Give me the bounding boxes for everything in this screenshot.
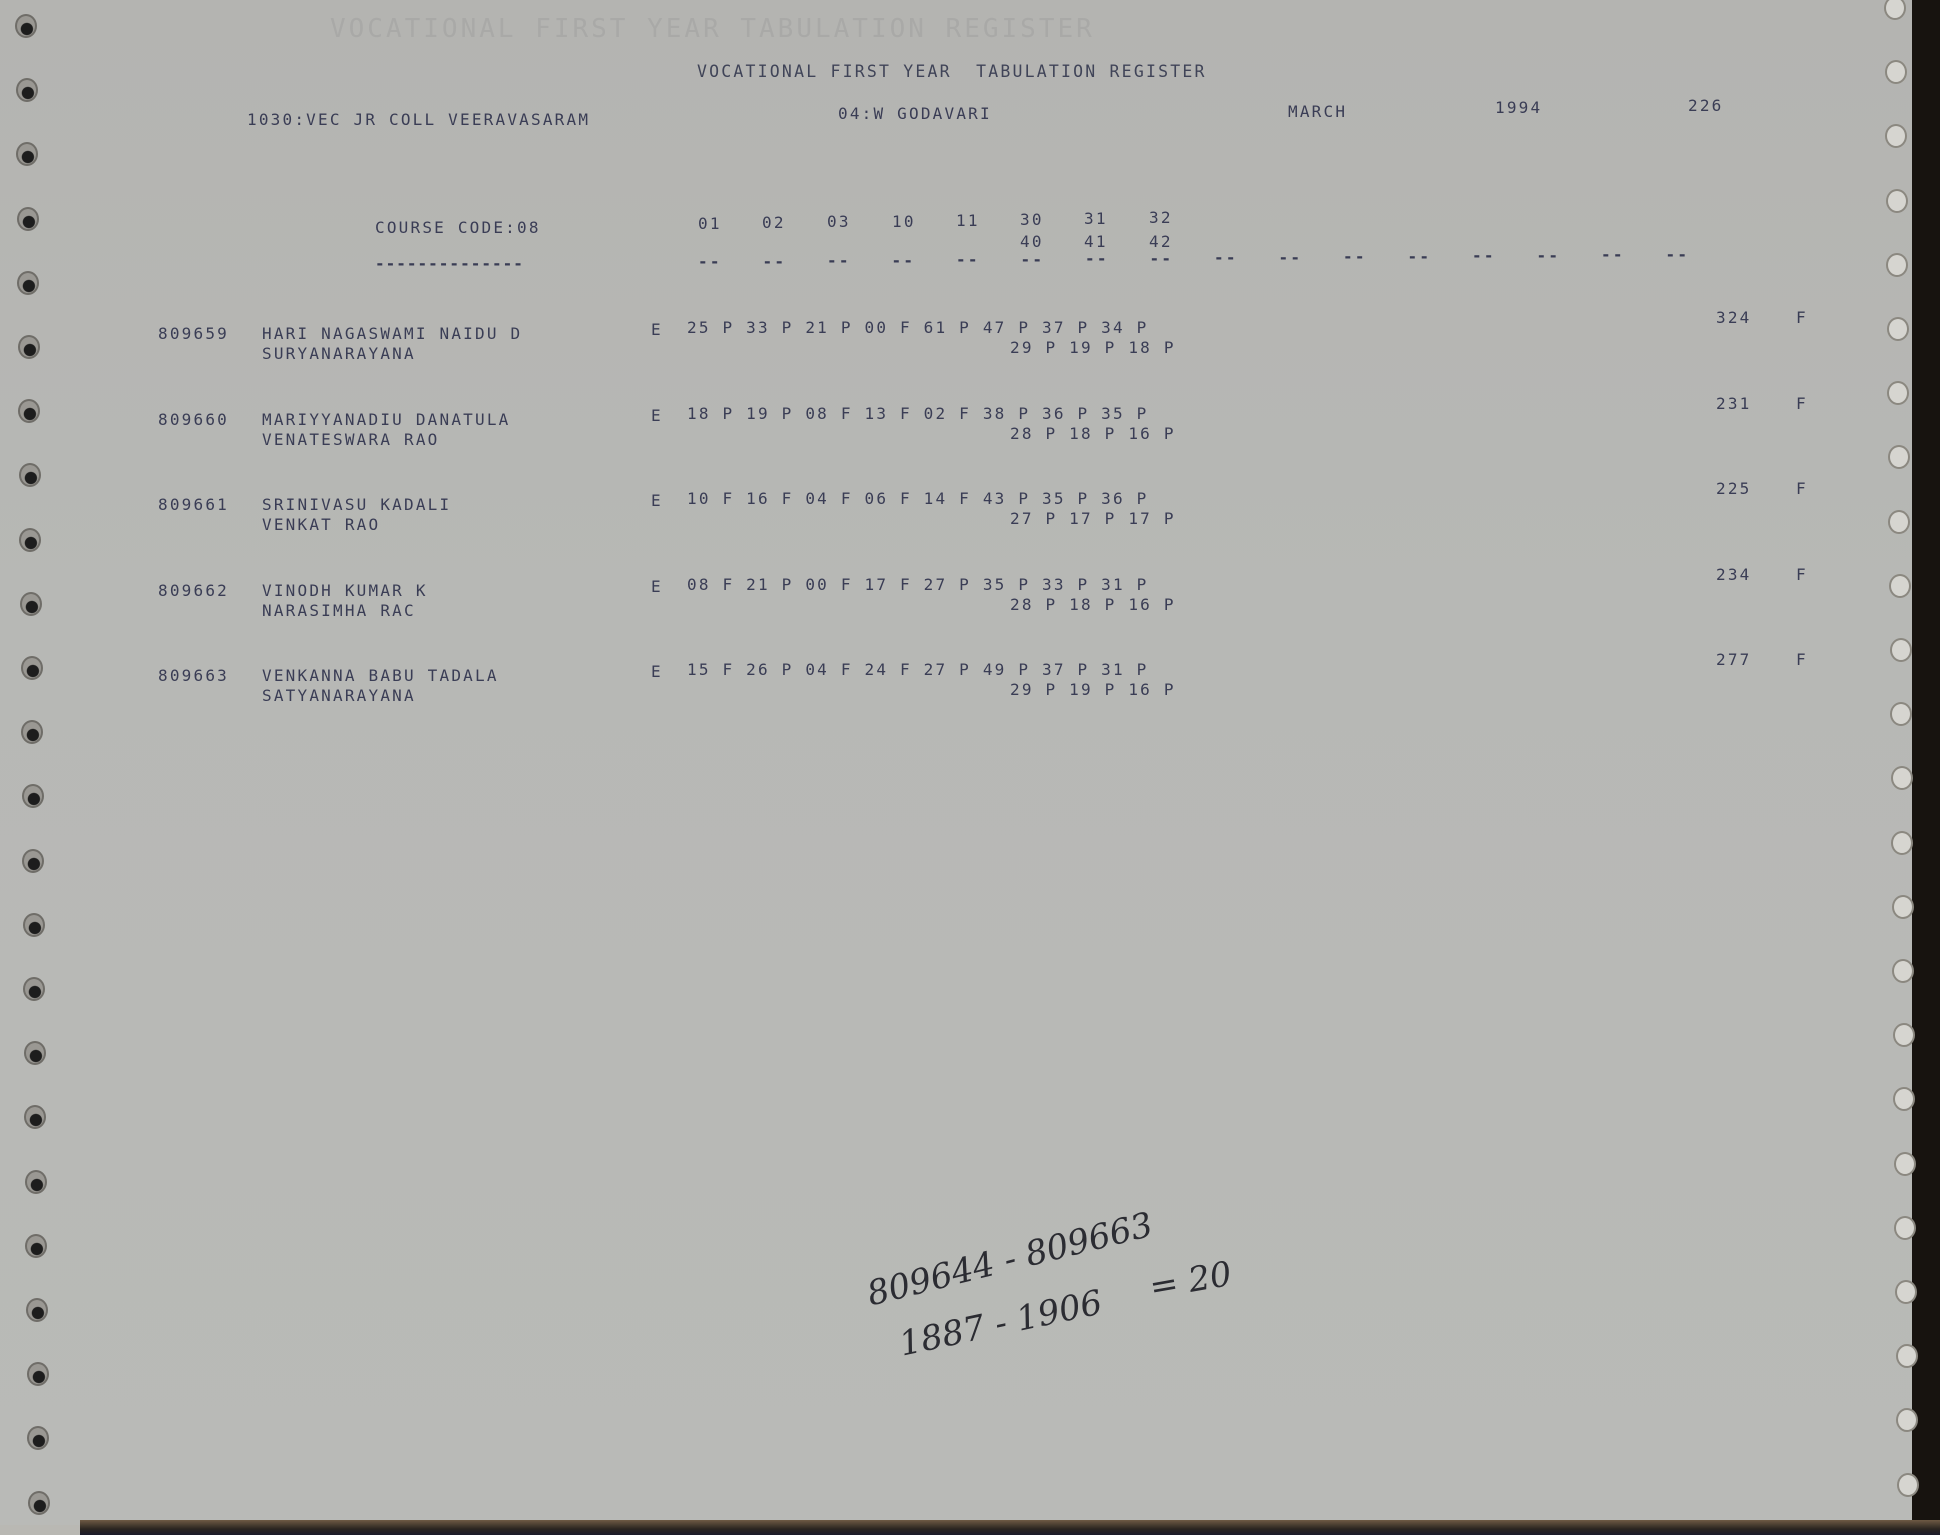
father-name: SURYANARAYANA [262, 344, 416, 364]
roll-number: 809662 [158, 581, 229, 601]
student-name: VINODH KUMAR K [262, 581, 428, 601]
father-name: NARASIMHA RAC [262, 601, 416, 621]
tractor-hole-icon [19, 528, 41, 552]
tractor-hole-icon [1892, 895, 1914, 919]
course-code: COURSE CODE:08 [375, 218, 541, 238]
student-name: SRINIVASU KADALI [262, 495, 451, 515]
column-dash: -- [1214, 248, 1238, 268]
column-dash: -- [827, 251, 851, 271]
background-edge [1912, 0, 1940, 1535]
roll-number: 809663 [158, 666, 229, 686]
tractor-hole-icon [1896, 1344, 1918, 1368]
tractor-hole-icon [22, 784, 44, 808]
total-marks: 231 [1716, 394, 1752, 414]
medium: E [651, 491, 663, 511]
tractor-hole-icon [15, 14, 37, 38]
marks-line-2: 27 P 17 P 17 P [1010, 509, 1176, 529]
column-dash: -- [1408, 247, 1432, 267]
subject-code-header: 31 [1084, 209, 1108, 229]
tractor-hole-icon [1895, 1280, 1917, 1304]
exam-month: MARCH [1288, 102, 1347, 122]
column-dash: -- [1021, 250, 1045, 270]
page-number: 226 [1688, 96, 1724, 116]
tractor-hole-icon [1888, 510, 1910, 534]
marks-line-1: 18 P 19 P 08 F 13 F 02 F 38 P 36 P 35 P [687, 404, 1148, 424]
marks-line-2: 29 P 19 P 16 P [1010, 680, 1176, 700]
tractor-hole-icon [1893, 1023, 1915, 1047]
subject-code-header: 10 [892, 212, 916, 232]
subject-code-header: 02 [762, 213, 786, 233]
marks-line-1: 25 P 33 P 21 P 00 F 61 P 47 P 37 P 34 P [687, 318, 1148, 338]
column-dash: -- [1085, 249, 1109, 269]
tractor-hole-icon [1886, 189, 1908, 213]
tractor-hole-icon [21, 656, 43, 680]
tractor-hole-icon [1890, 638, 1912, 662]
bleed-through-text: VOCATIONAL FIRST YEAR TABULATION REGISTE… [330, 14, 1600, 38]
tractor-hole-icon [1891, 766, 1913, 790]
father-name: VENKAT RAO [262, 515, 380, 535]
course-code-underline: -------------- [375, 254, 524, 274]
total-marks: 277 [1716, 650, 1752, 670]
tractor-hole-icon [1897, 1473, 1919, 1497]
column-dash: -- [956, 250, 980, 270]
column-dash: -- [1150, 249, 1174, 269]
student-name: HARI NAGASWAMI NAIDU D [262, 324, 522, 344]
column-dash: -- [892, 251, 916, 271]
tractor-hole-icon [22, 849, 44, 873]
total-marks: 225 [1716, 479, 1752, 499]
tractor-hole-icon [16, 78, 38, 102]
tractor-hole-icon [17, 207, 39, 231]
tractor-hole-icon [25, 1170, 47, 1194]
tractor-hole-icon [24, 1041, 46, 1065]
subject-code-header: 30 [1020, 210, 1044, 230]
medium: E [651, 406, 663, 426]
tractor-hole-icon [1887, 317, 1909, 341]
district-name: 04:W GODAVARI [838, 104, 992, 124]
tractor-hole-icon [1885, 60, 1907, 84]
tractor-hole-icon [26, 1298, 48, 1322]
result: F [1796, 565, 1808, 585]
marks-line-1: 08 F 21 P 00 F 17 F 27 P 35 P 33 P 31 P [687, 575, 1148, 595]
tractor-hole-icon [1889, 574, 1911, 598]
father-name: VENATESWARA RAO [262, 430, 440, 450]
report-title: VOCATIONAL FIRST YEAR TABULATION REGISTE… [697, 62, 1207, 82]
column-dash: -- [763, 252, 787, 272]
student-name: VENKANNA BABU TADALA [262, 666, 499, 686]
roll-number: 809660 [158, 410, 229, 430]
subject-code-header: 01 [698, 214, 722, 234]
tractor-hole-icon [20, 592, 42, 616]
column-dash: -- [1343, 247, 1367, 267]
tractor-hole-icon [1894, 1152, 1916, 1176]
tractor-hole-icon [23, 913, 45, 937]
roll-number: 809661 [158, 495, 229, 515]
father-name: SATYANARAYANA [262, 686, 416, 706]
tractor-hole-icon [17, 271, 39, 295]
column-dash: -- [1601, 245, 1625, 265]
college-name: 1030:VEC JR COLL VEERAVASARAM [247, 110, 590, 130]
result: F [1796, 308, 1808, 328]
column-dash: -- [698, 252, 722, 272]
exam-year: 1994 [1495, 98, 1542, 118]
tractor-hole-icon [1886, 253, 1908, 277]
tractor-hole-icon [1891, 831, 1913, 855]
marks-line-2: 29 P 19 P 18 P [1010, 338, 1176, 358]
result: F [1796, 479, 1808, 499]
result: F [1796, 394, 1808, 414]
tractor-hole-icon [28, 1491, 50, 1515]
marks-line-2: 28 P 18 P 16 P [1010, 424, 1176, 444]
column-dash: -- [1279, 248, 1303, 268]
subject-code-header: 03 [827, 212, 851, 232]
marks-line-1: 15 F 26 P 04 F 24 F 27 P 49 P 37 P 31 P [687, 660, 1148, 680]
subject-code-header: 11 [956, 211, 980, 231]
medium: E [651, 577, 663, 597]
medium: E [651, 662, 663, 682]
tractor-hole-icon [18, 335, 40, 359]
subject-code-header: 32 [1149, 208, 1173, 228]
paper-bottom-edge [80, 1520, 1940, 1535]
marks-line-1: 10 F 16 F 04 F 06 F 14 F 43 P 35 P 36 P [687, 489, 1148, 509]
tractor-hole-icon [27, 1362, 49, 1386]
column-dash: -- [1537, 246, 1561, 266]
column-dash: -- [1666, 245, 1690, 265]
student-name: MARIYYANADIU DANATULA [262, 410, 511, 430]
result: F [1796, 650, 1808, 670]
total-marks: 234 [1716, 565, 1752, 585]
roll-number: 809659 [158, 324, 229, 344]
column-dash: -- [1472, 246, 1496, 266]
marks-line-2: 28 P 18 P 16 P [1010, 595, 1176, 615]
medium: E [651, 320, 663, 340]
total-marks: 324 [1716, 308, 1752, 328]
